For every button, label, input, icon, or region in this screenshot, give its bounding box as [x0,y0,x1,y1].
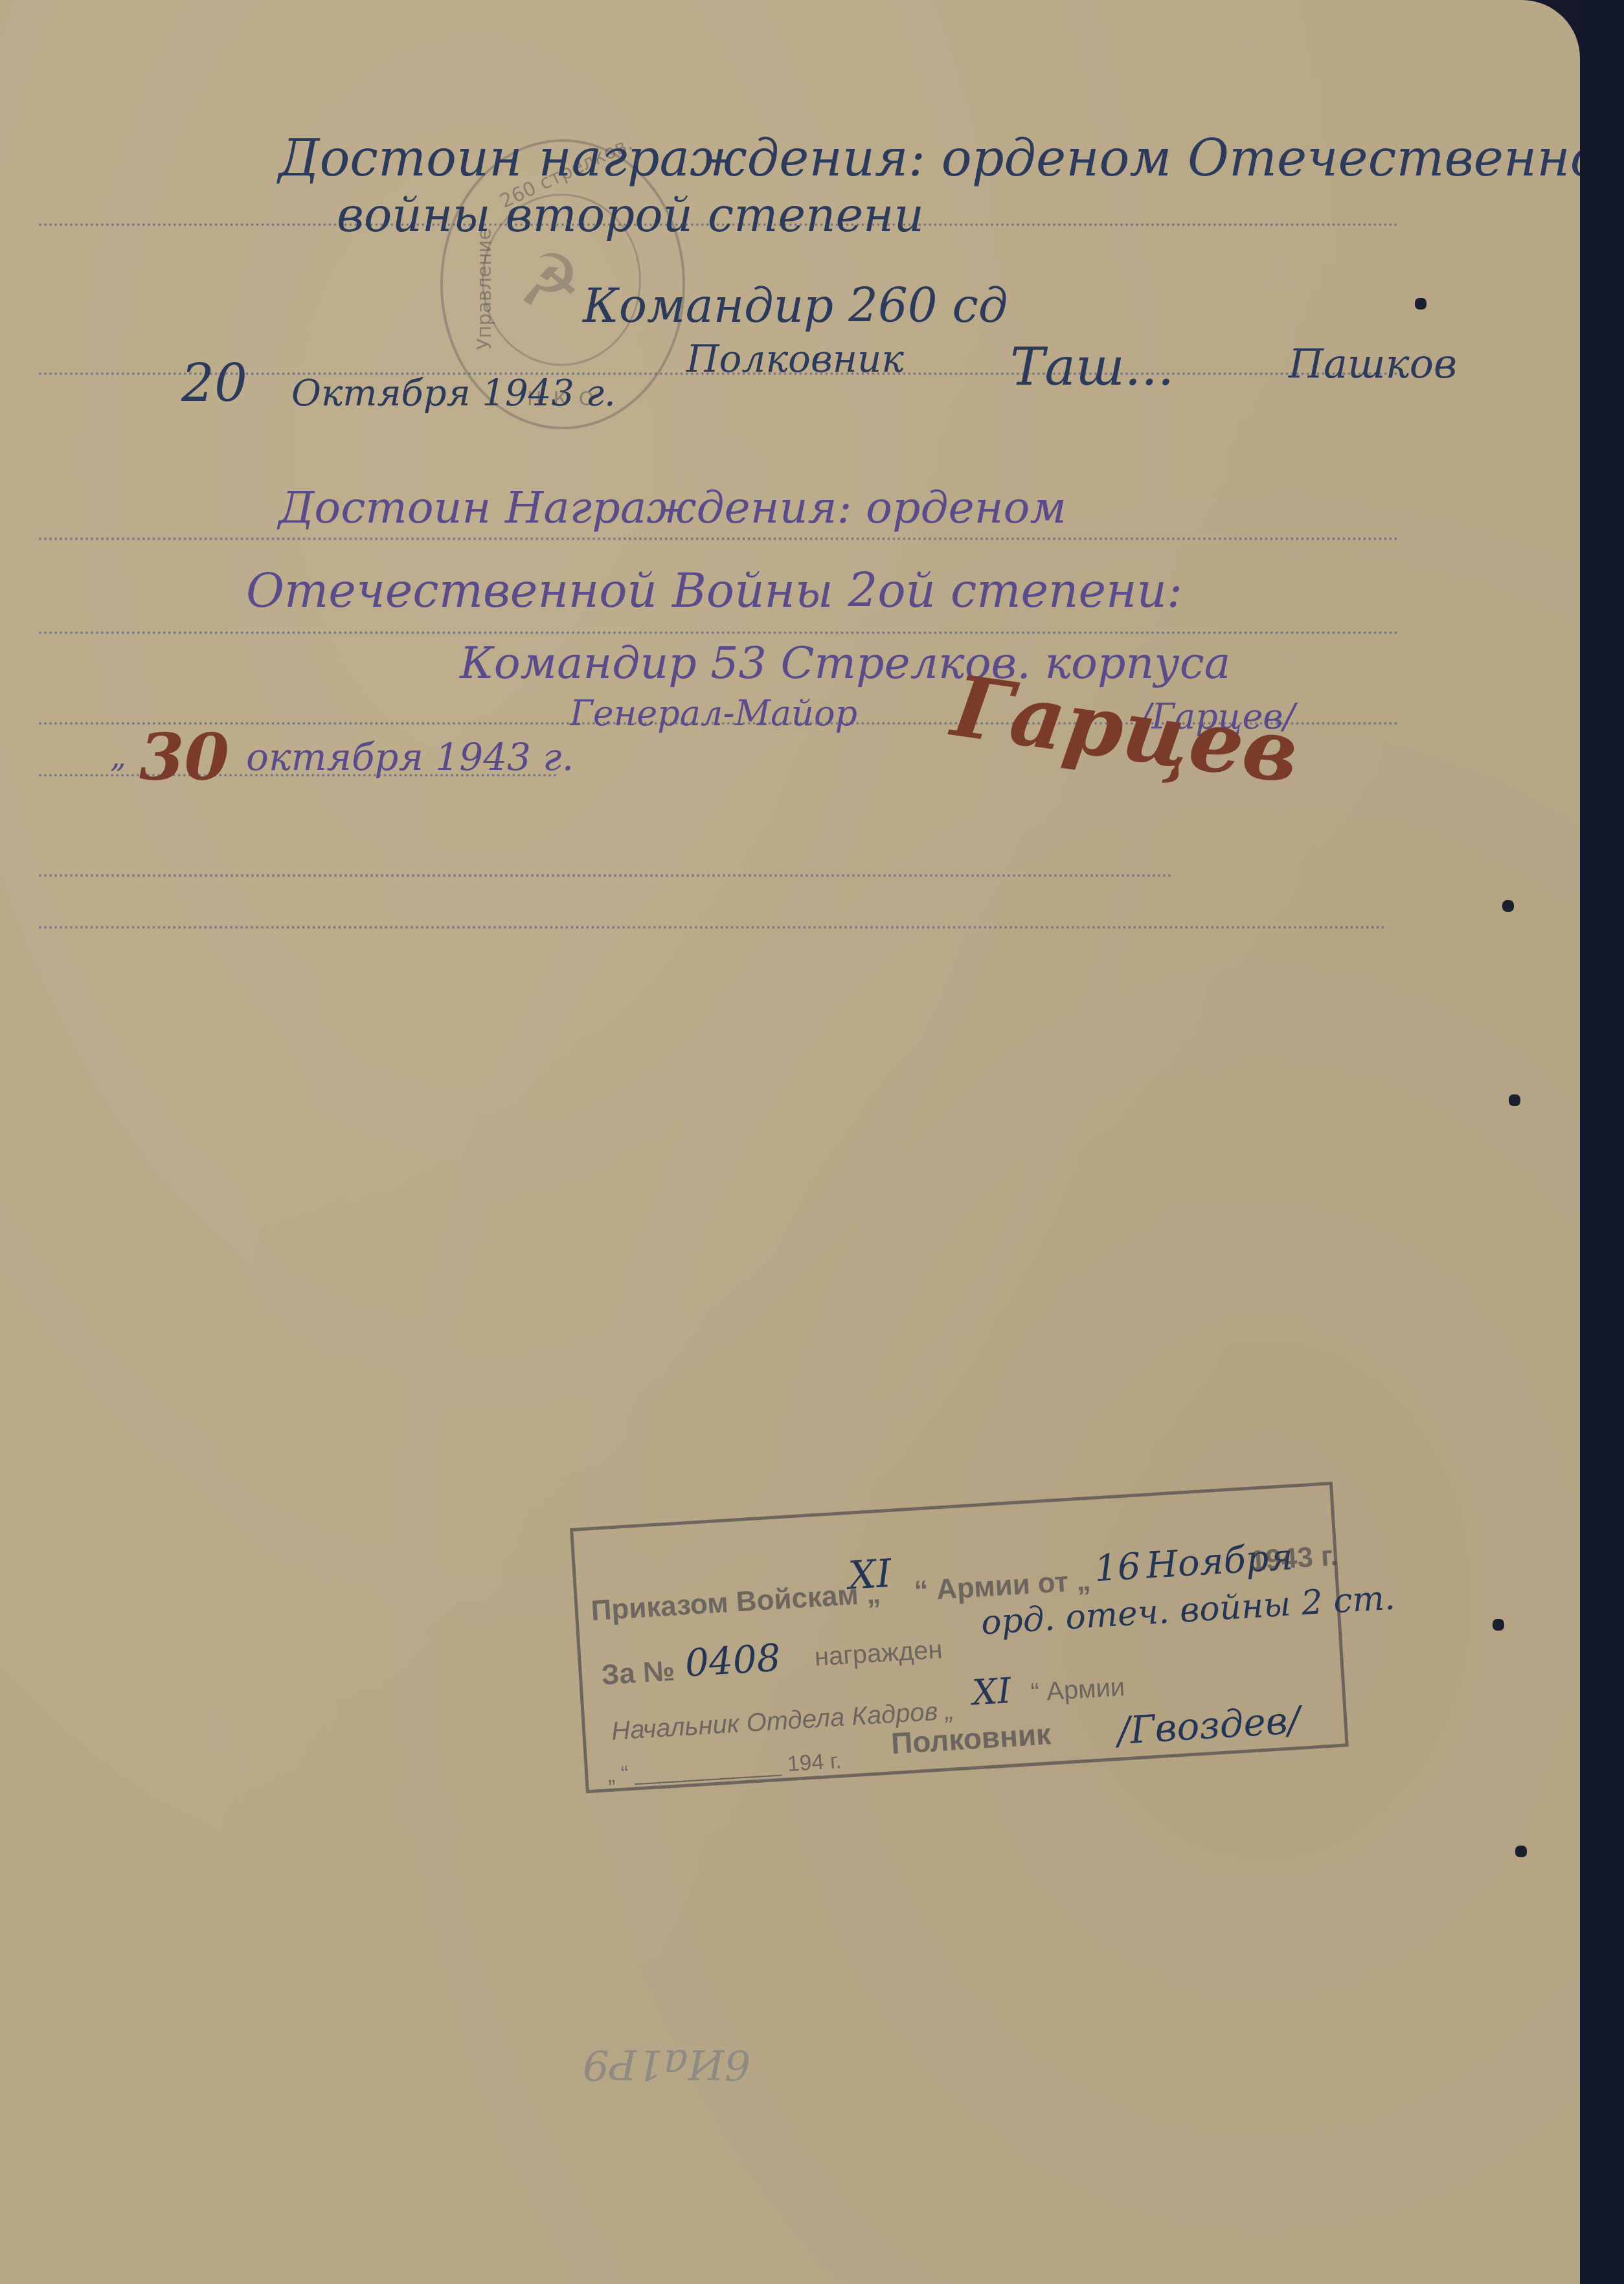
ruled-line [39,874,1172,877]
resolution-2-line-1: Достоин Награждения: орденом [278,482,1066,534]
ruled-line [39,537,1399,540]
order-stamp-line-3-end: “ Армии [1030,1673,1125,1708]
resolution-2-line-2: Отечественной Войны 2ой степени: [246,563,1182,618]
ruled-line [39,926,1386,929]
binding-hole [1509,1094,1520,1106]
seal-left-text: Управление [473,228,496,350]
binding-hole [1415,298,1427,310]
order-stamp: Приказом Войскам „ XI “ Армии от „ 16 Но… [570,1482,1349,1793]
resolution-1-date-day: 20 [181,353,247,413]
order-stamp-line-2-prefix: За № [600,1655,675,1692]
resolution-1-name: Пашков [1289,340,1457,387]
resolution-1-date: Октября 1943 г. [291,372,616,414]
order-stamp-line-2-mid: награжден [814,1635,943,1672]
pencil-note: 6Иа1Р9 [583,2040,750,2088]
resolution-1-line-1: Достоин награждения: орденом Отечественн… [278,130,1624,188]
resolution-1-signature: Таш... [1010,337,1174,397]
order-stamp-date-line: „ “ ____________ 194 г. [607,1748,842,1788]
order-army-number-2: XI [971,1670,1013,1713]
order-stamp-name: /Гвоздев/ [1116,1698,1302,1753]
resolution-2-date-quote: „ [110,738,126,775]
resolution-1-position: Командир 260 сд [583,278,1008,333]
binding-hole [1515,1846,1527,1857]
resolution-2-date-day: 30 [139,719,229,795]
binding-hole [1493,1619,1504,1631]
resolution-1-line-2: войны второй степени [337,188,924,242]
order-stamp-line-1-prefix: Приказом Войскам „ [590,1577,881,1627]
order-year: 1943 г. [1249,1540,1339,1577]
ruled-line [39,631,1399,634]
order-day: 16 [1093,1545,1142,1590]
resolution-2-rank: Генерал-Майор [570,693,857,734]
hammer-sickle-emblem-icon: ☭ [517,239,581,322]
scan-background-edge [1580,0,1624,2284]
order-army-number: XI [847,1551,893,1599]
resolution-1-rank: Полковник [686,337,904,381]
document-page: ☭ 260 стрелков. Управление НКО Достоин н… [0,0,1580,2284]
order-number: 0408 [684,1636,782,1686]
binding-hole [1502,900,1514,912]
resolution-2-date: октября 1943 г. [246,735,574,779]
